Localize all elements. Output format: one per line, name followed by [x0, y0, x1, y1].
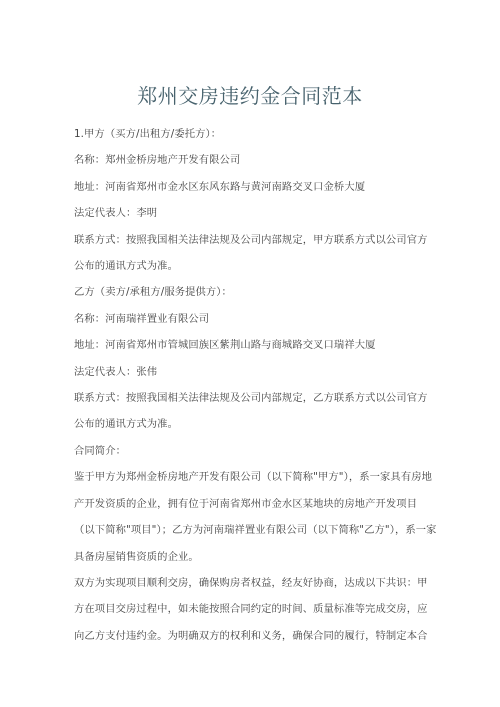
text-line: 合同简介： [74, 438, 500, 464]
text-line: 名称：河南瑞祥置业有限公司 [74, 306, 500, 332]
text-line: 地址：河南省郑州市管城回族区紫荆山路与商城路交叉口瑞祥大厦 [74, 332, 500, 358]
text-line: 具备房屋销售资质的企业。 [74, 544, 500, 570]
document-body: 1.甲方（买方/出租方/委托方）：名称：郑州金桥房地产开发有限公司地址：河南省郑… [74, 121, 500, 649]
text-line: 联系方式：按照我国相关法律法规及公司内部规定，乙方联系方式以公司官方 [74, 385, 500, 411]
text-line: 法定代表人：张伟 [74, 359, 500, 385]
text-line: 地址：河南省郑州市金水区东风东路与黄河南路交叉口金桥大厦 [74, 174, 500, 200]
text-line: 法定代表人：李明 [74, 200, 500, 226]
text-line: 方在项目交房过程中，如未能按照合同约定的时间、质量标准等完成交房，应 [74, 596, 500, 622]
text-line: 产开发资质的企业，拥有位于河南省郑州市金水区某地块的房地产开发项目 [74, 491, 500, 517]
text-line: （以下简称"项目"）；乙方为河南瑞祥置业有限公司（以下简称"乙方"），系一家 [74, 517, 500, 543]
contract-document-page: 郑州交房违约金合同范本 1.甲方（买方/出租方/委托方）：名称：郑州金桥房地产开… [0, 0, 500, 707]
text-line: 向乙方支付违约金。为明确双方的权利和义务，确保合同的履行，特制定本合 [74, 623, 500, 649]
text-line: 名称：郑州金桥房地产开发有限公司 [74, 147, 500, 173]
text-line: 乙方（卖方/承租方/服务提供方）： [74, 279, 500, 305]
text-line: 1.甲方（买方/出租方/委托方）： [74, 121, 500, 147]
text-line: 公布的通讯方式为准。 [74, 411, 500, 437]
text-line: 公布的通讯方式为准。 [74, 253, 500, 279]
text-line: 联系方式：按照我国相关法律法规及公司内部规定，甲方联系方式以公司官方 [74, 227, 500, 253]
document-title: 郑州交房违约金合同范本 [0, 85, 500, 107]
text-line: 鉴于甲方为郑州金桥房地产开发有限公司（以下简称"甲方"），系一家具有房地 [74, 464, 500, 490]
text-line: 双方为实现项目顺利交房，确保购房者权益，经友好协商，达成以下共识：甲 [74, 570, 500, 596]
